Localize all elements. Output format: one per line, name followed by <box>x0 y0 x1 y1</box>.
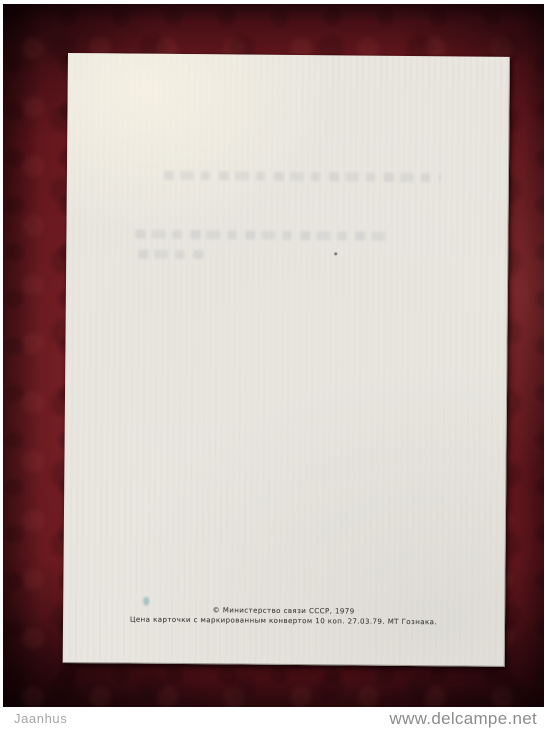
watermark-bar: Jaanhus www.delcampe.net <box>0 707 545 730</box>
page: © Министерство связи СССР, 1979 Цена кар… <box>0 0 545 730</box>
ghost-imprint-line-1 <box>164 171 441 182</box>
publisher-imprint: © Министерство связи СССР, 1979 Цена кар… <box>63 605 504 628</box>
leather-background-photo: © Министерство связи СССР, 1979 Цена кар… <box>3 4 544 707</box>
site-watermark: www.delcampe.net <box>390 709 537 729</box>
seller-watermark: Jaanhus <box>14 711 67 726</box>
postcard-back: © Министерство связи СССР, 1979 Цена кар… <box>63 53 510 667</box>
ghost-imprint-line-3 <box>138 250 204 260</box>
ghost-imprint-line-2 <box>135 230 388 241</box>
ink-speck <box>334 252 337 255</box>
teal-smudge <box>143 597 149 606</box>
